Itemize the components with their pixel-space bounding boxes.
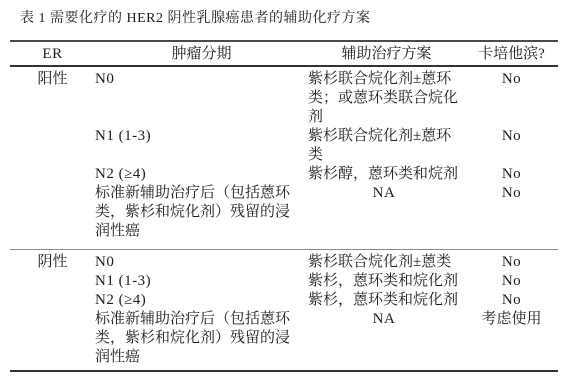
er-label: 阳性 <box>10 70 95 89</box>
regimen-cell: 紫杉醇，蒽环类和烷剂 <box>308 165 465 184</box>
table-section-er-negative: 阴性 N0 紫杉联合烷化剂±蒽类 No N1 (1-3) 紫杉，蒽环类和烷化剂 … <box>10 250 558 372</box>
capecitabine-cell: No <box>465 127 558 146</box>
capecitabine-cell: No <box>465 184 558 203</box>
stage-cell: N0 <box>95 70 308 89</box>
capecitabine-cell: No <box>465 291 558 310</box>
stage-cell: 标准新辅助治疗后（包括蒽环类，紫杉和烷化剂）残留的浸润性癌 <box>95 310 308 367</box>
regimen-cell: NA <box>308 184 465 203</box>
document-page: { "title": "表 1 需要化疗的 HER2 阴性乳腺癌患者的辅助化疗方… <box>0 0 580 379</box>
stage-cell: N1 (1-3) <box>95 272 308 291</box>
regimen-cell: 紫杉，蒽环类和烷化剂 <box>308 272 465 291</box>
table-header-row: ER 肿瘤分期 辅助治疗方案 卡培他滨? <box>10 42 558 67</box>
header-cell-adjuvant-regimen: 辅助治疗方案 <box>308 45 465 63</box>
capecitabine-cell: No <box>465 253 558 272</box>
er-label: 阴性 <box>10 253 95 272</box>
regimen-cell: 紫杉联合烷化剂±蒽环类 <box>308 127 465 165</box>
table-title: 表 1 需要化疗的 HER2 阴性乳腺癌患者的辅助化疗方案 <box>20 10 371 28</box>
stage-cell: N2 (≥4) <box>95 165 308 184</box>
header-cell-capecitabine: 卡培他滨? <box>465 45 558 63</box>
adjuvant-chemo-table: ER 肿瘤分期 辅助治疗方案 卡培他滨? 阳性 N0 紫杉联合烷化剂±蒽环类；或… <box>10 40 558 372</box>
capecitabine-cell: 考虑使用 <box>465 310 558 329</box>
regimen-cell: 紫杉，蒽环类和烷化剂 <box>308 291 465 310</box>
capecitabine-cell: No <box>465 272 558 291</box>
stage-cell: N2 (≥4) <box>95 291 308 310</box>
table-section-er-positive: 阳性 N0 紫杉联合烷化剂±蒽环类；或蒽环类联合烷化剂 No N1 (1-3) … <box>10 67 558 250</box>
regimen-cell: 紫杉联合烷化剂±蒽类 <box>308 253 465 272</box>
capecitabine-cell: No <box>465 165 558 184</box>
stage-cell: N0 <box>95 253 308 272</box>
header-cell-er: ER <box>10 45 95 63</box>
stage-cell: 标准新辅助治疗后（包括蒽环类，紫杉和烷化剂）残留的浸润性癌 <box>95 184 308 241</box>
stage-cell: N1 (1-3) <box>95 127 308 146</box>
header-cell-tumor-stage: 肿瘤分期 <box>95 45 308 63</box>
capecitabine-cell: No <box>465 70 558 89</box>
regimen-cell: NA <box>308 310 465 329</box>
regimen-cell: 紫杉联合烷化剂±蒽环类；或蒽环类联合烷化剂 <box>308 70 465 127</box>
